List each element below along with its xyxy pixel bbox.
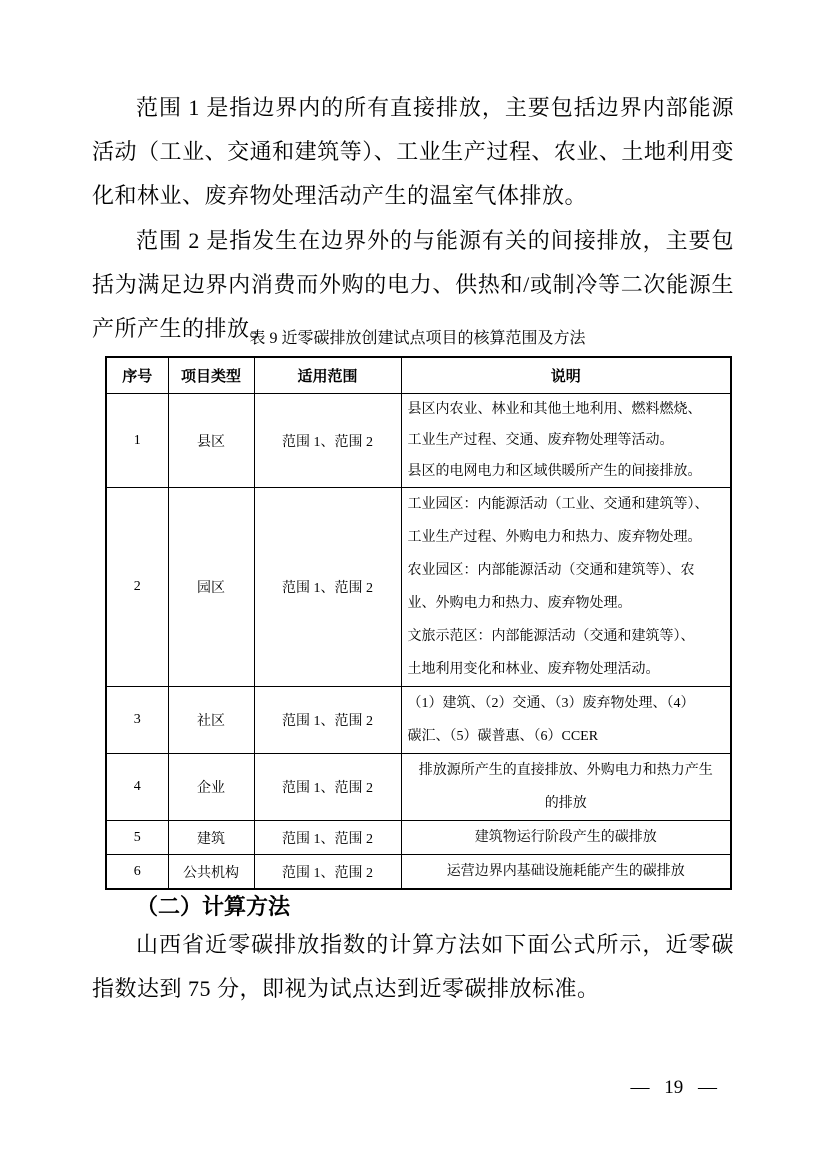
cell-scope: 范围 1、范围 2 xyxy=(254,855,401,890)
section-heading-calculation-method: （二）计算方法 xyxy=(92,890,734,924)
cell-project-type: 建筑 xyxy=(168,821,254,855)
table-header-row: 序号 项目类型 适用范围 说明 xyxy=(106,357,731,394)
cell-index: 6 xyxy=(106,855,168,890)
cell-index: 1 xyxy=(106,394,168,488)
cell-project-type: 园区 xyxy=(168,488,254,687)
cell-description: 运营边界内基础设施耗能产生的碳排放 xyxy=(401,855,731,890)
table-row-enterprise: 4 企业 范围 1、范围 2 排放源所产生的直接排放、外购电力和热力产生 的排放 xyxy=(106,754,731,821)
cell-project-type: 公共机构 xyxy=(168,855,254,890)
cell-scope: 范围 1、范围 2 xyxy=(254,394,401,488)
table-row-county: 1 县区 范围 1、范围 2 县区内农业、林业和其他土地利用、燃料燃烧、 工业生… xyxy=(106,394,731,488)
header-cell-scope: 适用范围 xyxy=(254,357,401,394)
table-row-community: 3 社区 范围 1、范围 2 （1）建筑、（2）交通、（3）废弃物处理、（4） … xyxy=(106,687,731,754)
document-page: 范围 1 是指边界内的所有直接排放，主要包括边界内部能源活动（工业、交通和建筑等… xyxy=(0,0,826,1169)
cell-description: 工业园区：内能源活动（工业、交通和建筑等）、 工业生产过程、外购电力和热力、废弃… xyxy=(401,488,731,687)
cell-description: 县区内农业、林业和其他土地利用、燃料燃烧、 工业生产过程、交通、废弃物处理等活动… xyxy=(401,394,731,488)
cell-description: 建筑物运行阶段产生的碳排放 xyxy=(401,821,731,855)
cell-project-type: 县区 xyxy=(168,394,254,488)
cell-index: 5 xyxy=(106,821,168,855)
accounting-scope-table: 序号 项目类型 适用范围 说明 1 县区 范围 1、范围 2 县区内农业、林业和… xyxy=(105,356,732,890)
header-cell-description: 说明 xyxy=(401,357,731,394)
cell-scope: 范围 1、范围 2 xyxy=(254,821,401,855)
header-cell-project-type: 项目类型 xyxy=(168,357,254,394)
cell-scope: 范围 1、范围 2 xyxy=(254,687,401,754)
table-row-public-institution: 6 公共机构 范围 1、范围 2 运营边界内基础设施耗能产生的碳排放 xyxy=(106,855,731,890)
cell-index: 2 xyxy=(106,488,168,687)
cell-scope: 范围 1、范围 2 xyxy=(254,754,401,821)
cell-index: 4 xyxy=(106,754,168,821)
paragraph-scope1-definition: 范围 1 是指边界内的所有直接排放，主要包括边界内部能源活动（工业、交通和建筑等… xyxy=(92,86,734,218)
table-row-building: 5 建筑 范围 1、范围 2 建筑物运行阶段产生的碳排放 xyxy=(106,821,731,855)
cell-description: 排放源所产生的直接排放、外购电力和热力产生 的排放 xyxy=(401,754,731,821)
cell-index: 3 xyxy=(106,687,168,754)
page-number: — 19 — xyxy=(631,1076,718,1100)
paragraph-calculation-method: 山西省近零碳排放指数的计算方法如下面公式所示，近零碳指数达到 75 分，即视为试… xyxy=(92,923,734,1011)
table9-caption: 表 9 近零碳排放创建试点项目的核算范围及方法 xyxy=(105,326,730,352)
cell-scope: 范围 1、范围 2 xyxy=(254,488,401,687)
cell-description: （1）建筑、（2）交通、（3）废弃物处理、（4） 碳汇、（5）碳普惠、（6）CC… xyxy=(401,687,731,754)
header-cell-index: 序号 xyxy=(106,357,168,394)
cell-project-type: 企业 xyxy=(168,754,254,821)
table-row-park: 2 园区 范围 1、范围 2 工业园区：内能源活动（工业、交通和建筑等）、 工业… xyxy=(106,488,731,687)
cell-project-type: 社区 xyxy=(168,687,254,754)
